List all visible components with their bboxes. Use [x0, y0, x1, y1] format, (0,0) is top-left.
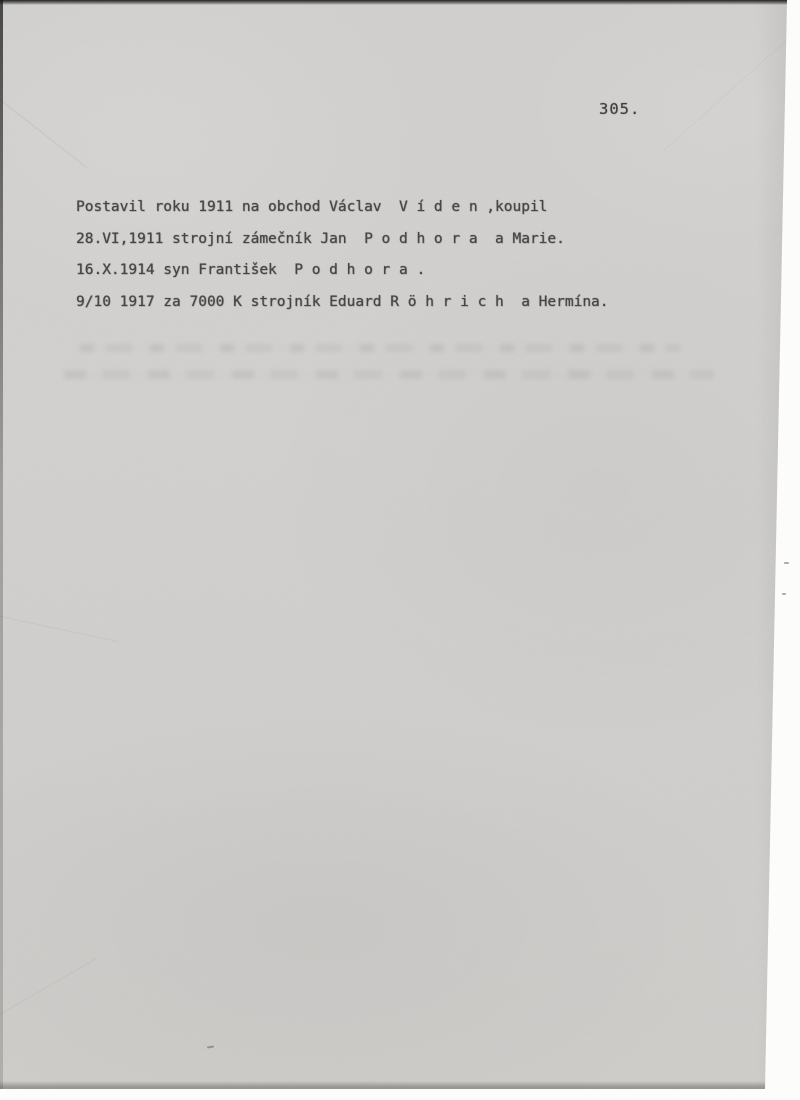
ink-bleedthrough — [64, 370, 714, 379]
scanned-document: 305. Postavil roku 1911 na obchod Václav… — [0, 0, 800, 1100]
scan-speck — [782, 593, 786, 595]
paper-crease — [0, 609, 119, 642]
paper-sheet: 305. Postavil roku 1911 na obchod Václav… — [0, 0, 800, 1091]
scan-speck — [784, 562, 789, 564]
typewritten-line: 28.VI,1911 strojní zámečník Jan P o d h … — [76, 228, 609, 260]
scan-edge-left — [0, 0, 3, 1089]
typewritten-line: 9/10 1917 za 7000 K strojník Eduard R ö … — [76, 291, 609, 323]
paper-crease — [0, 93, 88, 168]
typewritten-line: 16.X.1914 syn František P o d h o r a . — [76, 259, 609, 291]
paper-edge-bottom-shadow — [0, 1081, 780, 1089]
typewritten-text-block: Postavil roku 1911 na obchod Václav V í … — [76, 196, 609, 322]
paper-crease — [0, 958, 97, 1025]
paper-edge-right-shade — [756, 0, 790, 1091]
typewritten-line: Postavil roku 1911 na obchod Václav V í … — [76, 196, 609, 228]
ink-bleedthrough — [80, 344, 680, 352]
page-number: 305. — [599, 100, 640, 118]
scan-edge-top — [0, 0, 787, 5]
